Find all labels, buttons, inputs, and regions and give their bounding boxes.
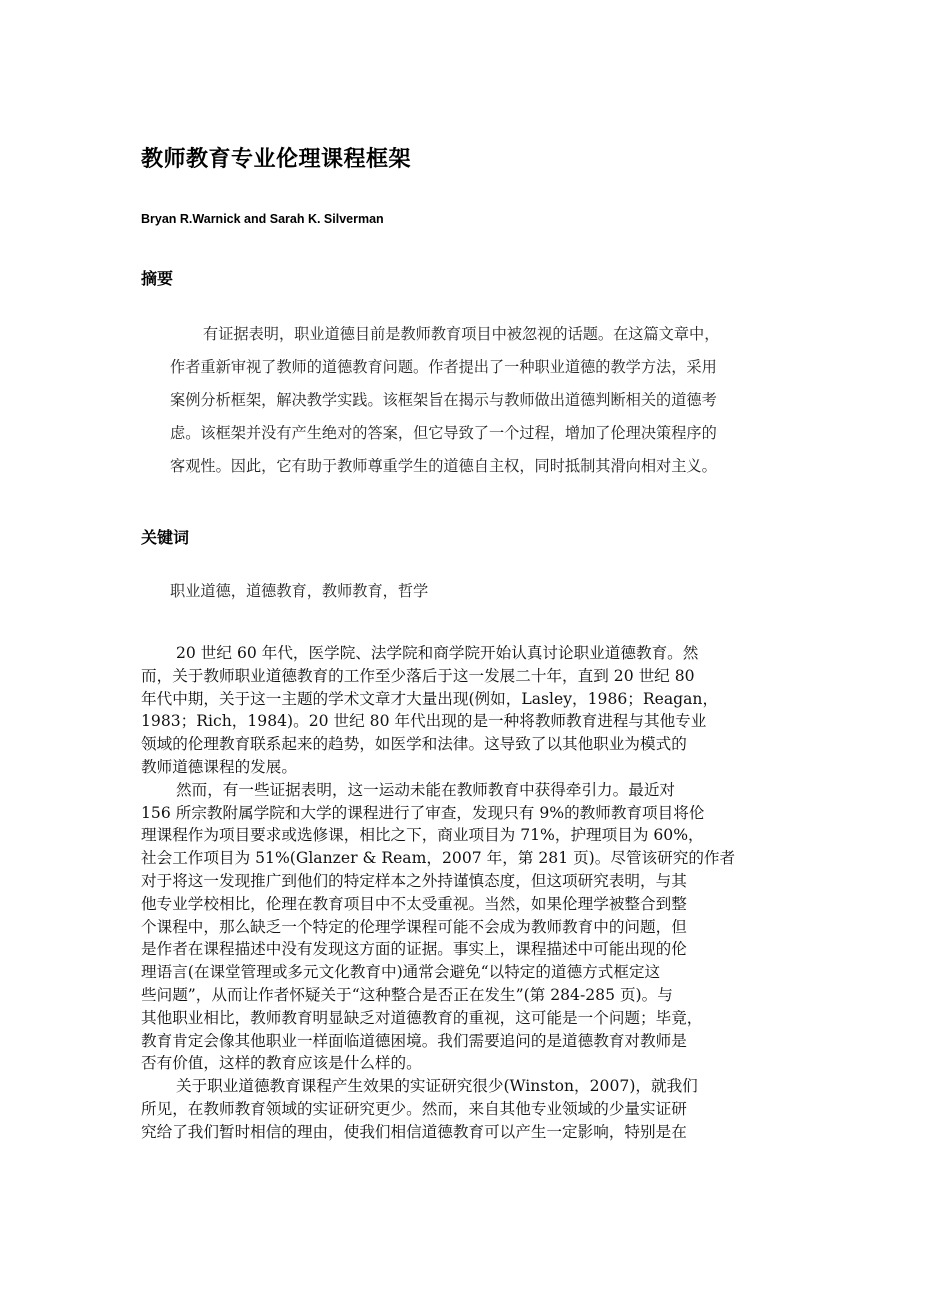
- body-line: 他专业学校相比，伦理在教育项目中不太受重视。当然，如果伦理学被整合到整: [141, 893, 789, 916]
- body-line: 否有价值，这样的教育应该是什么样的。: [141, 1052, 789, 1075]
- body-line: 1983；Rich，1984)。20 世纪 80 年代出现的是一种将教师教育进程…: [141, 710, 789, 733]
- document-page: 教师教育专业伦理课程框架 Bryan R.Warnick and Sarah K…: [0, 0, 926, 1309]
- keywords-heading: 关键词: [141, 525, 189, 548]
- body-line: 然而，有一些证据表明，这一运动未能在教师教育中获得牵引力。最近对: [141, 779, 789, 802]
- body-line: 是作者在课程描述中没有发现这方面的证据。事实上，课程描述中可能出现的伦: [141, 938, 789, 961]
- body-line: 理课程作为项目要求或选修课，相比之下，商业项目为 71%，护理项目为 60%，: [141, 824, 789, 847]
- body-line: 领域的伦理教育联系起来的趋势，如医学和法律。这导致了以其他职业为模式的: [141, 733, 789, 756]
- body-line: 理语言(在课堂管理或多元文化教育中)通常会避免“以特定的道德方式框定这: [141, 961, 789, 984]
- paragraph-1: 20 世纪 60 年代，医学院、法学院和商学院开始认真讨论职业道德教育。然 而，…: [141, 642, 789, 779]
- body-line: 而，关于教师职业道德教育的工作至少落后于这一发展二十年，直到 20 世纪 80: [141, 665, 789, 688]
- body-line: 对于将这一发现推广到他们的特定样本之外持谨慎态度，但这项研究表明，与其: [141, 870, 789, 893]
- body-line: 关于职业道德教育课程产生效果的实证研究很少(Winston，2007)，就我们: [141, 1075, 789, 1098]
- abstract-line: 虑。该框架并没有产生绝对的答案，但它导致了一个过程，增加了伦理决策程序的: [170, 417, 790, 450]
- body-line: 20 世纪 60 年代，医学院、法学院和商学院开始认真讨论职业道德教育。然: [141, 642, 789, 665]
- body-line: 些问题”，从而让作者怀疑关于“这种整合是否正在发生”(第 284-285 页)。…: [141, 984, 789, 1007]
- keywords-text: 职业道德，道德教育，教师教育，哲学: [170, 580, 428, 601]
- body-line: 个课程中，那么缺乏一个特定的伦理学课程可能不会成为教师教育中的问题，但: [141, 916, 789, 939]
- abstract-line: 有证据表明，职业道德目前是教师教育项目中被忽视的话题。在这篇文章中，: [170, 318, 790, 351]
- document-title: 教师教育专业伦理课程框架: [141, 142, 411, 173]
- body-line: 所见，在教师教育领域的实证研究更少。然而，来自其他专业领域的少量实证研: [141, 1098, 789, 1121]
- abstract-text: 有证据表明，职业道德目前是教师教育项目中被忽视的话题。在这篇文章中， 作者重新审…: [170, 318, 790, 483]
- body-line: 教育肯定会像其他职业一样面临道德困境。我们需要追问的是道德教育对教师是: [141, 1030, 789, 1053]
- body-line: 究给了我们暂时相信的理由，使我们相信道德教育可以产生一定影响，特别是在: [141, 1121, 789, 1144]
- abstract-line: 客观性。因此，它有助于教师尊重学生的道德自主权，同时抵制其滑向相对主义。: [170, 450, 790, 483]
- authors: Bryan R.Warnick and Sarah K. Silverman: [141, 212, 384, 226]
- abstract-heading: 摘要: [141, 266, 173, 289]
- abstract-line: 作者重新审视了教师的道德教育问题。作者提出了一种职业道德的教学方法，采用: [170, 351, 790, 384]
- abstract-line: 案例分析框架，解决教学实践。该框架旨在揭示与教师做出道德判断相关的道德考: [170, 384, 790, 417]
- body-line: 年代中期，关于这一主题的学术文章才大量出现(例如，Lasley，1986；Rea…: [141, 688, 789, 711]
- body-line: 教师道德课程的发展。: [141, 756, 789, 779]
- body-line: 社会工作项目为 51%(Glanzer & Ream，2007 年，第 281 …: [141, 847, 789, 870]
- paragraph-2: 然而，有一些证据表明，这一运动未能在教师教育中获得牵引力。最近对 156 所宗教…: [141, 779, 789, 1075]
- body-line: 156 所宗教附属学院和大学的课程进行了审查，发现只有 9%的教师教育项目将伦: [141, 802, 789, 825]
- body-text: 20 世纪 60 年代，医学院、法学院和商学院开始认真讨论职业道德教育。然 而，…: [141, 642, 789, 1144]
- body-line: 其他职业相比，教师教育明显缺乏对道德教育的重视，这可能是一个问题；毕竟，: [141, 1007, 789, 1030]
- paragraph-3: 关于职业道德教育课程产生效果的实证研究很少(Winston，2007)，就我们 …: [141, 1075, 789, 1143]
